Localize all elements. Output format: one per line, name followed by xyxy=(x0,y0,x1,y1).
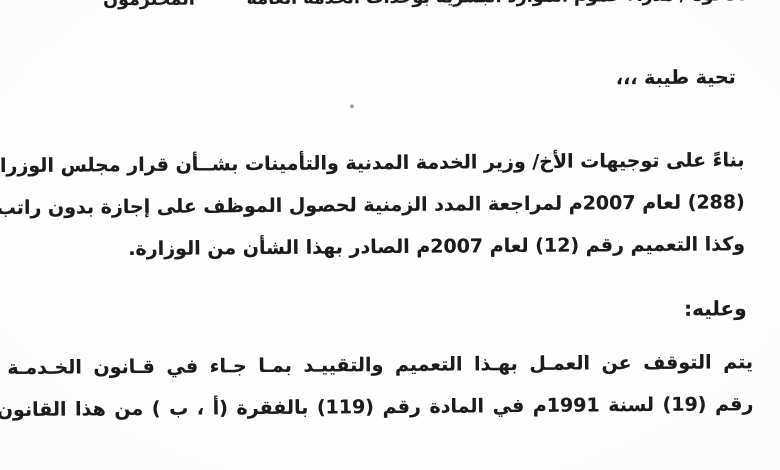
paragraph1-line1: بناءً على توجيهات الأخ/ وزير الخدمة المد… xyxy=(0,147,745,181)
paragraph1-line2: (288) لعام 2007م لمراجعة المدد الزمنية ل… xyxy=(0,189,745,222)
header-honorific: المحترمون xyxy=(103,0,195,14)
scan-tilt-wrapper: الأخوة / مدراء عموم الموارد البشرية بوحد… xyxy=(0,0,780,470)
greeting-line: تحية طيبة ،،، xyxy=(616,64,736,92)
paragraph3-line2: رقم (19) لسنة 1991م في المادة رقم (119) … xyxy=(0,391,753,425)
paragraph3-line1: يتم التوقف عن العمـل بهـذا التعميم والتق… xyxy=(0,349,753,383)
therefore-label: وعليه: xyxy=(684,294,747,323)
header-addressee: الأخوة / مدراء عموم الموارد البشرية بوحد… xyxy=(247,0,746,12)
document-page: الأخوة / مدراء عموم الموارد البشرية بوحد… xyxy=(0,0,780,470)
ink-speck xyxy=(350,104,354,108)
paragraph2-line: وكذا التعميم رقم (12) لعام 2007م الصادر … xyxy=(128,231,745,263)
